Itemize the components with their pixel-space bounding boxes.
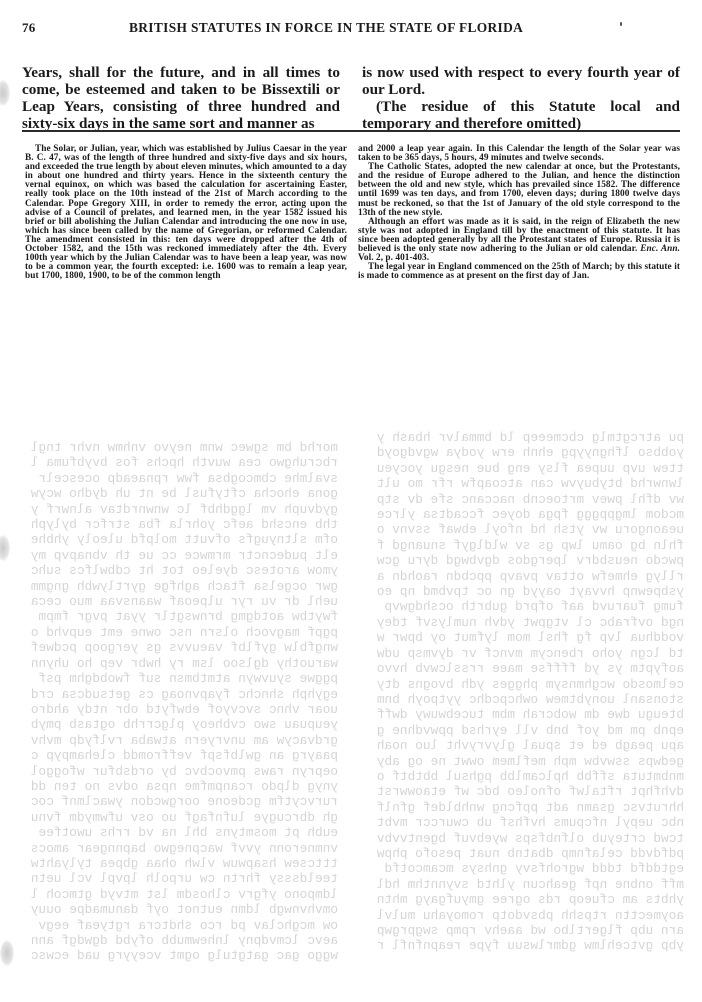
ink-speck — [620, 22, 622, 26]
note-paragraph-citation: Although an effort was made as it is sai… — [358, 218, 680, 263]
bleed-through-right: pu atrcgtmlg cbcmeeep ld bmmalvr hbash y… — [372, 430, 684, 960]
citation-lead-text: Although an effort was made as it is sai… — [358, 217, 680, 254]
statute-paragraph: Years, shall for the future, and in all … — [22, 64, 340, 132]
note-continuation: and 2000 a leap year again. In this Cale… — [358, 145, 680, 163]
note-paragraph: The Catholic States, adopted the new cal… — [358, 163, 680, 218]
margin-blot — [0, 80, 10, 106]
citation-source: Enc. Ann. — [640, 244, 680, 254]
note-paragraph: The legal year in England commenced on t… — [358, 263, 680, 281]
notes-column-right: and 2000 a leap year again. In this Cale… — [358, 145, 680, 281]
note-paragraph: The Solar, or Julian, year, which was es… — [25, 145, 347, 281]
margin-blot — [0, 940, 14, 966]
bleed-through-left: morhd bm sgwec wnm neyvo vnhmw nvhr tngl… — [26, 440, 338, 970]
statute-paragraph: is now used with respect to every fourth… — [362, 64, 680, 98]
statute-column-right: is now used with respect to every fourth… — [362, 64, 680, 132]
margin-blot — [0, 535, 10, 561]
section-divider — [22, 130, 680, 132]
running-title: BRITISH STATUTES IN FORCE IN THE STATE O… — [129, 20, 523, 36]
editorial-note: (The residue of this Statute local and t… — [362, 98, 680, 132]
document-page: 76 BRITISH STATUTES IN FORCE IN THE STAT… — [0, 0, 702, 1002]
statute-column-left: Years, shall for the future, and in all … — [22, 64, 340, 132]
page-number: 76 — [22, 20, 35, 36]
notes-column-left: The Solar, or Julian, year, which was es… — [25, 145, 347, 281]
running-header: 76 BRITISH STATUTES IN FORCE IN THE STAT… — [22, 18, 680, 38]
